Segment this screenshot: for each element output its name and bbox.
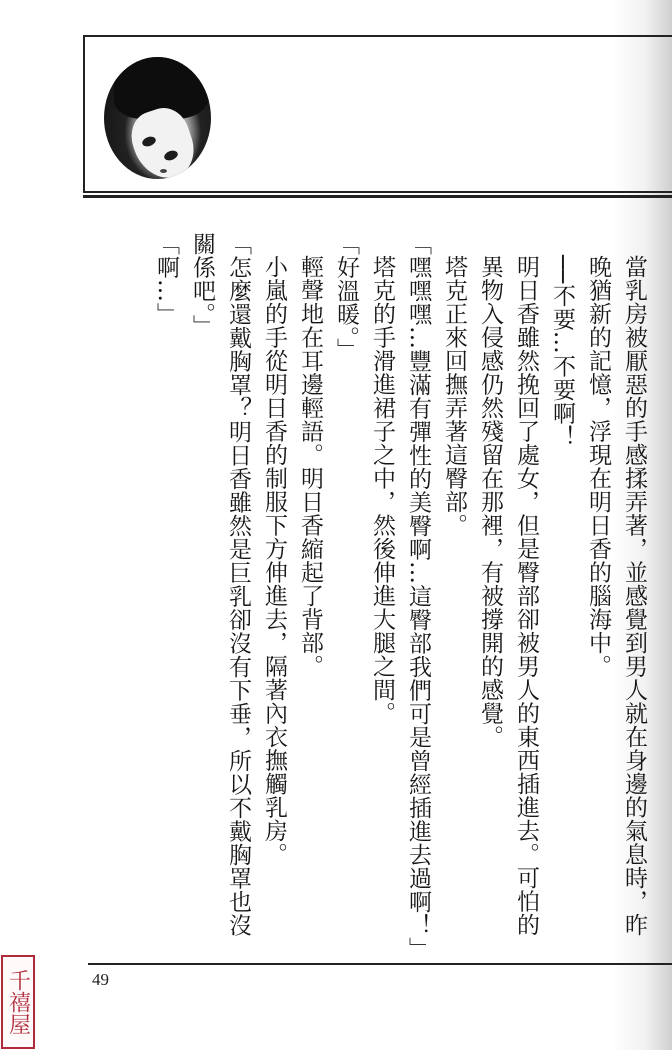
dialogue-line: 「怎麼還戴胸罩？明日香雖然是巨乳卻沒有下垂，所以不戴胸罩也沒關係吧。」 xyxy=(184,232,256,952)
dialogue-line: 「啊…」 xyxy=(148,232,184,952)
paragraph: 塔克正來回撫弄著這臀部。 xyxy=(436,232,472,952)
red-seal-stamp-logo: 千禧屋 xyxy=(1,955,35,1049)
page-number: 49 xyxy=(92,970,109,990)
paragraph-exclamation: ──不要…不要啊！ xyxy=(544,232,580,952)
novel-body-text: 當乳房被厭惡的手感揉弄著，並感覺到男人就在身邊的氣息時，昨晚猶新的記憶，浮現在明… xyxy=(148,232,652,952)
paragraph: 塔克的手滑進裙子之中，然後伸進大腿之間。 xyxy=(364,232,400,952)
paragraph: 輕聲地在耳邊輕語。明日香縮起了背部。 xyxy=(292,232,328,952)
paragraph: 當乳房被厭惡的手感揉弄著，並感覺到男人就在身邊的氣息時，昨晚猶新的記憶，浮現在明… xyxy=(580,232,652,952)
footer-rule xyxy=(88,963,672,965)
paragraph: 明日香雖然挽回了處女，但是臀部卻被男人的東西插進去。可怕的異物入侵感仍然殘留在那… xyxy=(472,232,544,952)
paragraph: 小嵐的手從明日香的制服下方伸進去，隔著內衣撫觸乳房。 xyxy=(256,232,292,952)
dialogue-line: 「好溫暖。」 xyxy=(328,232,364,952)
header-double-rule xyxy=(83,195,672,198)
dialogue-line: 「嘿嘿嘿…豐滿有彈性的美臀啊…這臀部我們可是曾經插進去過啊！」 xyxy=(400,232,436,952)
character-portrait-image xyxy=(104,57,211,179)
portrait-mouth xyxy=(160,169,167,173)
